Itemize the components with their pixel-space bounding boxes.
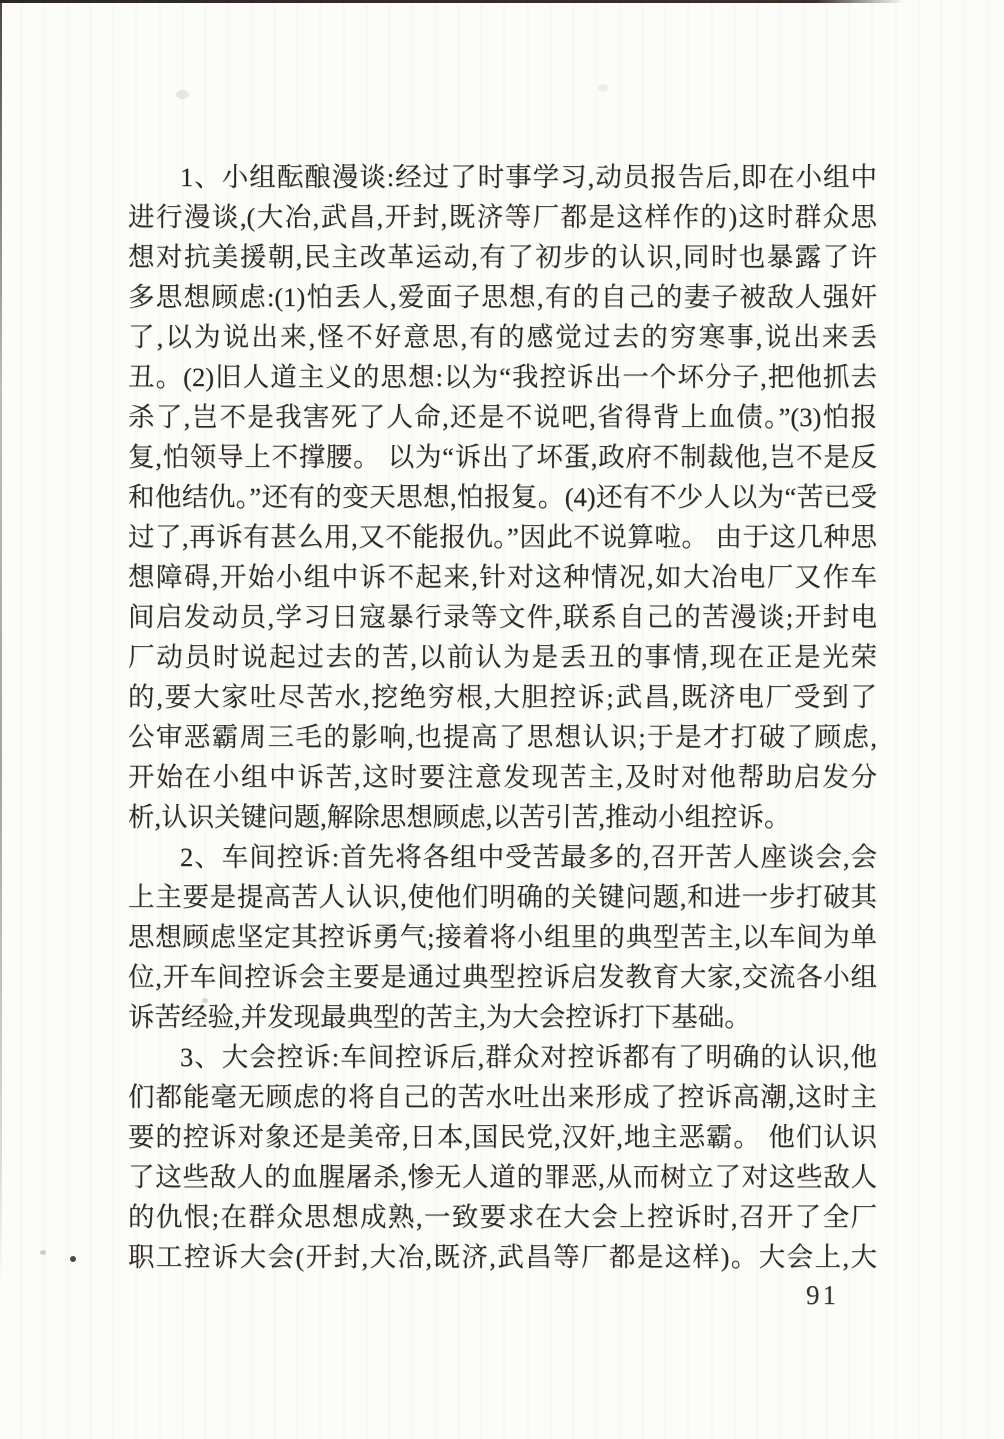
text-line-17: 析,认识关键问题,解除思想顾虑,以苦引苦,推动小组控诉。 [128, 797, 877, 837]
text-line-2: 进行漫谈,(大冶,武昌,开封,既济等厂都是这样作的)这时群众思 [128, 197, 877, 237]
text-line-16: 开始在小组中诉苦,这时要注意发现苦主,及时对他帮助启发分 [128, 757, 877, 797]
text-line-12: 间启发动员,学习日寇暴行录等文件,联系自己的苦漫谈;开封电 [128, 597, 877, 637]
ink-speck [40, 1250, 46, 1255]
text-line-9: 和他结仇。”还有的变天思想,怕报复。(4)还有不少人以为“苦已受 [128, 477, 877, 517]
ink-speck [598, 84, 608, 92]
text-line-18: 2、车间控诉:首先将各组中受苦最多的,召开苦人座谈会,会 [128, 837, 877, 877]
text-line-15: 公审恶霸周三毛的影响,也提高了思想认识;于是才打破了顾虑, [128, 717, 877, 757]
text-line-10: 过了,再诉有甚么用,又不能报仇。”因此不说算啦。 由于这几种思 [128, 517, 877, 557]
text-line-24: 们都能毫无顾虑的将自己的苦水吐出来形成了控诉高潮,这时主 [128, 1077, 877, 1117]
page-number: 91 [806, 1280, 839, 1310]
text-line-5: 了,以为说出来,怪不好意思,有的感觉过去的穷寒事,说出来丢 [128, 317, 877, 357]
ink-speck [70, 1256, 76, 1262]
scan-edge-left-line [0, 0, 2, 1290]
body-text: 1、小组酝酿漫谈:经过了时事学习,动员报告后,即在小组中 进行漫谈,(大冶,武昌… [128, 157, 877, 1277]
text-line-26: 了这些敌人的血腥屠杀,惨无人道的罪恶,从而树立了对这些敌人 [128, 1157, 877, 1197]
text-line-3: 想对抗美援朝,民主改革运动,有了初步的认识,同时也暴露了许 [128, 237, 877, 277]
ink-speck [176, 90, 189, 99]
text-line-19: 上主要是提高苦人认识,使他们明确的关键问题,和进一步打破其 [128, 877, 877, 917]
text-line-1: 1、小组酝酿漫谈:经过了时事学习,动员报告后,即在小组中 [128, 157, 877, 197]
scan-edge-top-line [0, 0, 905, 3]
text-line-13: 厂动员时说起过去的苦,以前认为是丢丑的事情,现在正是光荣 [128, 637, 877, 677]
text-line-23: 3、大会控诉:车间控诉后,群众对控诉都有了明确的认识,他 [128, 1037, 877, 1077]
text-line-4: 多思想顾虑:(1)怕丢人,爱面子思想,有的自己的妻子被敌人强奸 [128, 277, 877, 317]
text-line-14: 的,要大家吐尽苦水,挖绝穷根,大胆控诉;武昌,既济电厂受到了 [128, 677, 877, 717]
text-line-20: 思想顾虑坚定其控诉勇气;接着将小组里的典型苦主,以车间为单 [128, 917, 877, 957]
text-line-25: 要的控诉对象还是美帝,日本,国民党,汉奸,地主恶霸。 他们认识 [128, 1117, 877, 1157]
text-line-11: 想障碍,开始小组中诉不起来,针对这种情况,如大冶电厂又作车 [128, 557, 877, 597]
text-line-27: 的仇恨;在群众思想成熟,一致要求在大会上控诉时,召开了全厂 [128, 1197, 877, 1237]
text-line-6: 丑。(2)旧人道主义的思想:以为“我控诉出一个坏分子,把他抓去 [128, 357, 877, 397]
text-line-21: 位,开车间控诉会主要是通过典型控诉启发教育大家,交流各小组 [128, 957, 877, 997]
scanned-page: 1、小组酝酿漫谈:经过了时事学习,动员报告后,即在小组中 进行漫谈,(大冶,武昌… [0, 0, 1004, 1439]
text-line-8: 复,怕领导上不撑腰。 以为“诉出了坏蛋,政府不制裁他,岂不是反 [128, 437, 877, 477]
text-line-7: 杀了,岂不是我害死了人命,还是不说吧,省得背上血债。”(3)怕报 [128, 397, 877, 437]
text-line-22: 诉苦经验,并发现最典型的苦主,为大会控诉打下基础。 [128, 997, 877, 1037]
text-line-28: 职工控诉大会(开封,大冶,既济,武昌等厂都是这样)。大会上,大 [128, 1237, 877, 1277]
